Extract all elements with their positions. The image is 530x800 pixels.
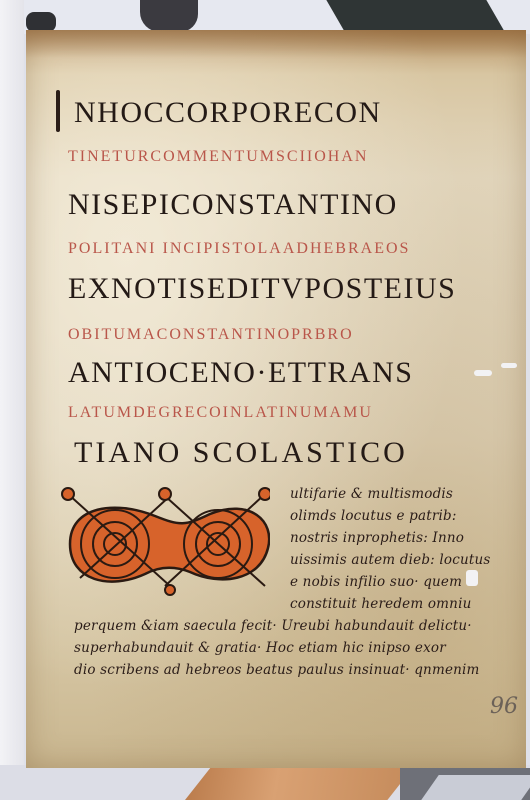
parchment-hole [466, 570, 478, 586]
body-text-line-1: perquem &iam saecula fecit· Ureubi habun… [74, 618, 472, 634]
gloved-finger [26, 12, 56, 32]
rubric-line-4: LATUMDEGRECOINLATINUMAMU [68, 404, 373, 422]
parchment-hole [474, 370, 492, 376]
rubric-line-2: POLITANI INCIPISTOLAADHEBRAEOS [68, 240, 410, 258]
text-line-4: ANTIOCENO·ETTRANS [68, 356, 413, 390]
text-line-2: NISEPICONSTANTINO [68, 188, 398, 222]
text-line-1: NHOCCORPORECON [74, 96, 382, 130]
side-text-line-3: nostris inprophetis: Inno [290, 530, 464, 546]
initial-letter-i [56, 90, 60, 132]
rubric-line-3: OBITUMACONSTANTINOPRBRO [68, 326, 354, 344]
side-text-line-2: olimds locutus e patrib: [290, 508, 457, 524]
page-stain [26, 30, 526, 58]
text-line-5: TIANO SCOLASTICO [74, 436, 408, 470]
manuscript-page: NHOCCORPORECON TINETURCOMMENTUMSCIIOHAN … [26, 30, 526, 768]
rubric-line-1: TINETURCOMMENTUMSCIIOHAN [68, 148, 368, 166]
background-shelf [421, 775, 530, 800]
book-spine-edge [0, 0, 24, 800]
background-dark-object [326, 0, 503, 30]
gloved-hand [140, 0, 198, 32]
interlace-initial-v-ornament [60, 486, 270, 596]
wooden-support [185, 765, 415, 800]
body-text-line-2: superhabundauit & gratia· Hoc etiam hic … [74, 640, 446, 656]
side-text-line-6: constituit heredem omniu [290, 596, 472, 612]
side-text-line-4: uissimis autem dieb: locutus [290, 552, 491, 568]
side-text-line-1: ultifarie & multismodis [290, 486, 453, 502]
text-line-3: EXNOTISEDITVPOSTEIUS [68, 272, 456, 306]
parchment-hole [501, 363, 517, 368]
body-text-line-3: dio scribens ad hebreos beatus paulus in… [74, 662, 480, 678]
side-text-line-5: e nobis infilio suo· quem [290, 574, 462, 590]
folio-number: 96 [490, 694, 518, 719]
